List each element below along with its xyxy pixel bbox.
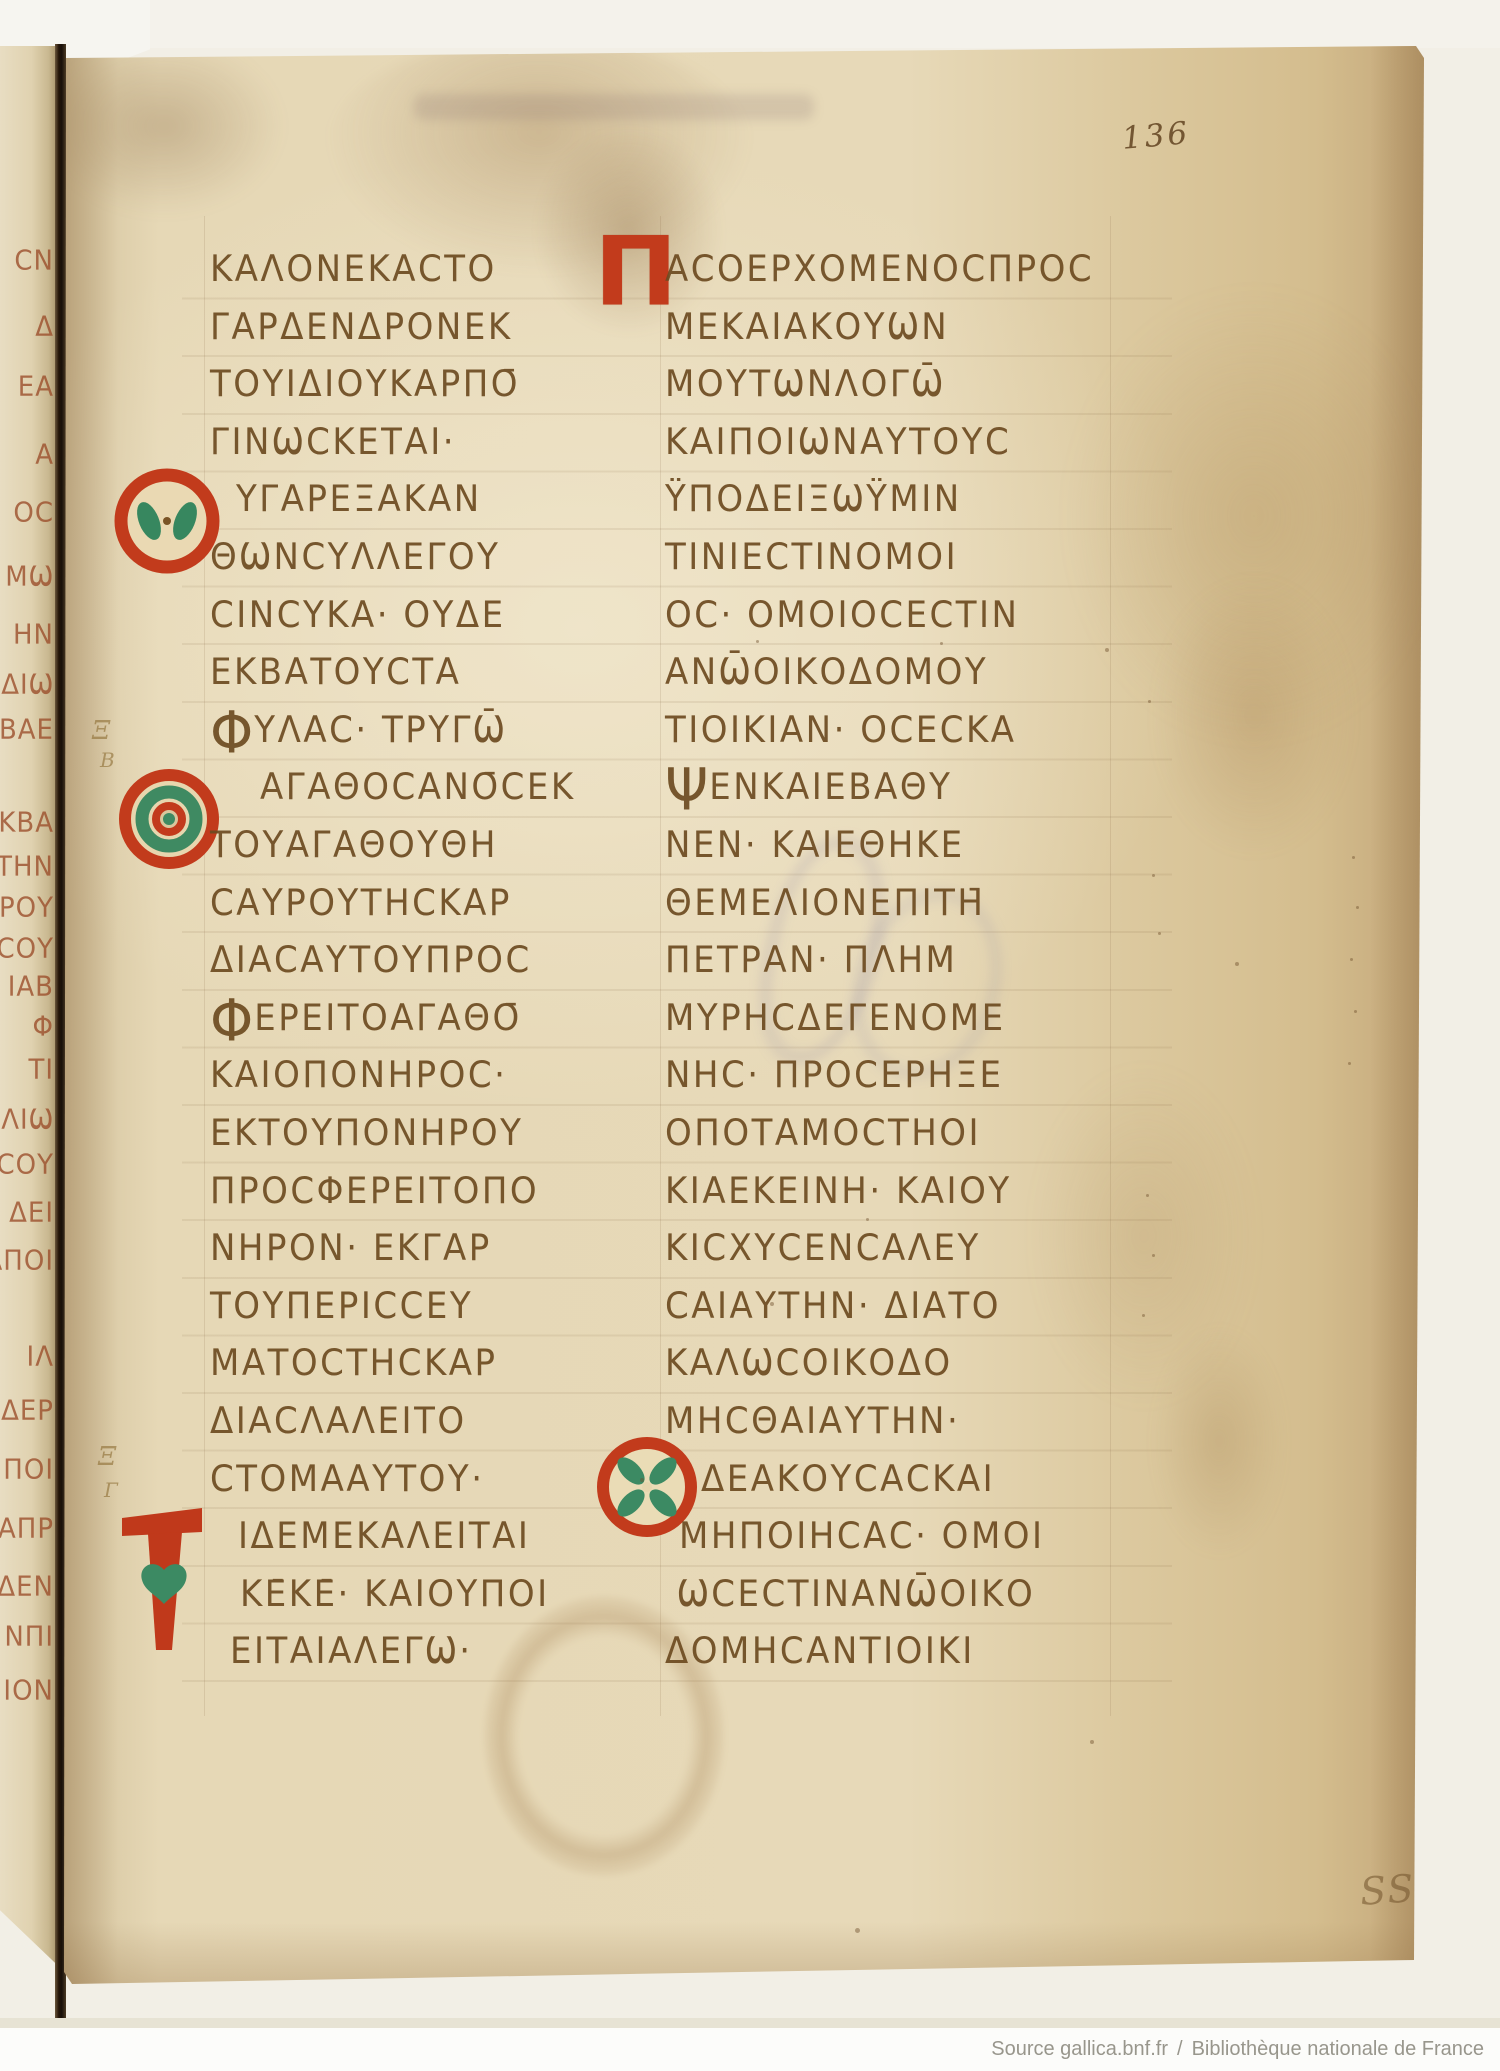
ink-speck — [756, 640, 759, 643]
margin-section-number: Ξ — [98, 1442, 116, 1472]
text-line: ΤΙΟΙΚΙΑΝ· ΟϹΕϹΚΑ — [665, 709, 1017, 751]
text-line: ΚΕ̄ΚΕ̄· ΚΑΙΟΥΠΟΙ — [240, 1573, 550, 1615]
gutter-fragment: ΝΠΙ — [4, 1621, 54, 1653]
gutter-fragment: ΙΟΝ — [3, 1675, 54, 1707]
ink-speck — [1348, 1062, 1351, 1065]
gutter-fragment: ΔΕΙ — [9, 1197, 54, 1229]
text-line: ΝΗΡΟΝ· ΕΚΓΑΡ — [210, 1227, 492, 1269]
ink-speck — [770, 1302, 774, 1306]
text-line: ΑΓΑΘΟϹΑΝΟ̄ϹΕΚ — [260, 766, 576, 808]
text-line: ΚΑΙΠΟΙѠΝΑΥΤΟΥϹ — [665, 421, 1011, 463]
edge-darkening-right — [1370, 46, 1424, 1984]
text-line: ΜΥΡΗϹΔΕΓΕΝΟΜΕ — [665, 997, 1006, 1039]
ink-speck — [1352, 856, 1355, 859]
text-line: ΔΕΑΚΟΥϹΑϹΚΑΙ — [701, 1458, 995, 1500]
footer-separator: / — [1177, 2038, 1183, 2061]
facing-page-edge: ϹΝΔΕΑΑΟϹΜѠΗΝΛΔΙѠΒΑΕΚΒΑΗΤΗΝΡΟΥϹΟΥΙΑΒΦΤΙΑΛ… — [0, 46, 57, 1996]
page: 136 SS Π ΚΑΛΟΝΕΚΑϹ — [64, 46, 1424, 1984]
text-line: ΤΟΥΑΓΑΘΟΥΘΗ — [210, 824, 498, 866]
text-line: ΦΕΡΕΙΤΟΑΓΑΘΟ̄ — [210, 997, 522, 1039]
text-line: ϹΤΟΜΑΑΥΤΟΥ· — [210, 1458, 485, 1500]
scan-background-top — [0, 0, 1500, 48]
stain — [1154, 1326, 1284, 1556]
footer-source: Source gallica.bnf.fr — [991, 2038, 1168, 2061]
gutter-fragment: ΙΑΒ — [8, 971, 54, 1003]
ink-speck — [1142, 1314, 1145, 1317]
enlarged-letter: Φ — [210, 698, 254, 766]
ink-speck — [1356, 906, 1359, 909]
text-line: ΕΙΤΑΙΑΛΕΓѠ· — [230, 1630, 473, 1672]
ink-speck — [1090, 1740, 1094, 1744]
ink-speck — [1158, 932, 1161, 935]
footer-institution: Bibliothèque nationale de France — [1192, 2038, 1484, 2061]
gutter-fragment: ϹΑΠΡ — [0, 1513, 54, 1545]
ink-speck — [1235, 962, 1239, 966]
gutter-fragment: ΕΑ — [18, 371, 54, 403]
text-line: ΟϹ· ΟΜΟΙΟϹΕϹΤΙΝ — [665, 594, 1019, 636]
ink-speck — [1146, 1194, 1149, 1197]
gutter-fragment: ΙΛ — [27, 1341, 54, 1373]
gutter-fragment: ΗΤΗΝ — [0, 851, 54, 883]
stain — [324, 36, 754, 276]
gutter-fragment: ΒΑΕ — [0, 714, 54, 746]
gutter-fragment: ΝΠΟΙ — [0, 1454, 54, 1486]
text-line: ΑΝѠ̄ΟΙΚΟΔΟΜΟΥ — [665, 651, 988, 693]
stain — [44, 36, 284, 216]
initial-tau-red — [114, 1504, 224, 1654]
text-line: ΚΑΛѠϹΟΙΚΟΔΟ — [665, 1342, 953, 1384]
gutter-fragment: ϹΟΥ — [0, 933, 54, 965]
gutter-fragment: ΥϹΟΥ — [0, 1149, 54, 1181]
ink-speck — [940, 642, 943, 645]
text-line: ϹΑΥΡΟΥΤΗϹΚΑΡ — [210, 882, 512, 924]
text-line: ΠΡΟϹΦΕΡΕΙΤΟΠΟ — [210, 1170, 539, 1212]
text-line: ΥΓΑΡΕΞΑΚΑΝ — [236, 478, 482, 520]
ink-speck — [640, 1478, 644, 1482]
text-line: ΚΙΑΕΚΕΙΝΗ· ΚΑΙΟΥ — [665, 1170, 1012, 1212]
text-line: ΕΚΒΑΤΟΥϹΤΑ — [210, 651, 461, 693]
text-line: ΠΕΤΡΑΝ· ΠΛΗΜ — [665, 939, 957, 981]
gutter-fragment: Δ — [35, 311, 54, 343]
gutter-fragment: ΡΟΥ — [0, 892, 54, 924]
ink-speck — [1152, 1254, 1155, 1257]
enlarged-letter: Ψ — [665, 756, 709, 824]
text-line: ΔΙΑϹΛΑΛΕΙΤΟ — [210, 1400, 467, 1442]
ruling-vertical-right — [1110, 216, 1111, 1716]
text-line: ΨΕΝΚΑΙΕΒΑΘΥ — [665, 766, 952, 808]
text-line: ΔΟΜΗϹΑΝΤΙΟΙΚΙ — [665, 1630, 975, 1672]
text-line: ΘΕΜΕΛΙΟΝΕΠΙΤΗ̄ — [665, 882, 985, 924]
text-line: ϹΙΝϹΥΚΑ· ΟΥΔΕ — [210, 594, 506, 636]
corner-inventory-mark: SS — [1359, 1866, 1417, 1914]
text-line: ΜΕΚΑΙΑΚΟΥѠΝ — [665, 306, 949, 348]
stain — [1154, 576, 1354, 856]
text-line: ΜΗΠΟΙΗϹΑϹ· ΟΜΟΙ — [679, 1515, 1045, 1557]
gutter-fragment: Φ — [33, 1011, 54, 1043]
text-line: ΜΑΤΟϹΤΗϹΚΑΡ — [210, 1342, 498, 1384]
gutter-fragment: ΔΕΝ — [0, 1571, 54, 1603]
ink-speck — [866, 1218, 869, 1221]
text-line: ϹΑΙΑΥΤΗΝ· ΔΙΑΤΟ — [665, 1285, 1001, 1327]
gutter-fragment: ΑΠΟΙ — [0, 1245, 54, 1277]
text-line: ΓΙΝѠϹΚΕΤΑΙ· — [210, 421, 456, 463]
gutter-fragment: Α — [35, 439, 54, 471]
text-line: ΤΙΝΙΕϹΤΙΝΟΜΟΙ — [665, 536, 958, 578]
ink-speck — [1350, 958, 1353, 961]
gutter-fragment: ΗΝ — [13, 619, 54, 651]
text-line: ΤΟΥΠΕΡΙϹϹΕΥ — [210, 1285, 473, 1327]
enlarged-letter: Φ — [210, 986, 254, 1054]
initial-omicron-target — [116, 766, 222, 872]
text-line: ΝΗϹ· ΠΡΟϹΕΡΗΞΕ — [665, 1054, 1003, 1096]
text-line: ΔΙΑϹΑΥΤΟΥΠΡΟϹ — [210, 939, 532, 981]
margin-section-number: Γ — [104, 1478, 118, 1502]
bleedthrough-band — [414, 94, 814, 120]
text-line: ΑϹΟΕΡΧΟΜΕΝΟϹΠΡΟϹ — [665, 248, 1094, 290]
ink-speck — [855, 1928, 860, 1933]
text-line: ΦΥΛΑϹ· ΤΡΥΓѠ̄ — [210, 709, 507, 751]
ink-speck — [1152, 874, 1155, 877]
text-line: ΝΕΝ· ΚΑΙΕΘΗΚΕ — [665, 824, 965, 866]
gutter-fragment: ΔΕΡ — [1, 1395, 54, 1427]
text-line: ΜΗϹΘΑΙΑΥΤΗΝ· — [665, 1400, 960, 1442]
scanned-manuscript-photo: ϹΝΔΕΑΑΟϹΜѠΗΝΛΔΙѠΒΑΕΚΒΑΗΤΗΝΡΟΥϹΟΥΙΑΒΦΤΙΑΛ… — [0, 0, 1500, 2071]
text-line: ΓΑΡΔΕΝΔΡΟΝΕΚ — [210, 306, 513, 348]
gutter-fragment: ΛΔΙѠ — [0, 669, 54, 701]
ink-speck — [1354, 1010, 1357, 1013]
text-line: ΜΟΥΤѠΝΛΟΓѠ̄ — [665, 363, 946, 405]
gutter-fragment: ΚΒΑ — [0, 807, 54, 839]
gutter-fragment: ϹΝ — [14, 245, 54, 277]
page-number: 136 — [1121, 115, 1192, 157]
edge-darkening-left — [64, 46, 118, 1984]
margin-section-number: Ξ — [92, 716, 110, 746]
text-line: ΚΑΙΟΠΟΝΗΡΟϹ· — [210, 1054, 507, 1096]
text-line: ΟΠΟΤΑΜΟϹΤΗΟΙ — [665, 1112, 981, 1154]
text-line: ΘѠΝϹΥΛΛΕΓΟΥ — [210, 536, 500, 578]
gutter-fragment: ΜѠ — [5, 561, 54, 593]
text-line: ΙΔΕΜΕΚΑΛΕΙΤΑΙ — [238, 1515, 530, 1557]
gutter-fragment: ΟϹ — [13, 497, 54, 529]
text-line: ΤΟΥΙΔΙΟΥΚΑΡΠΟ̄ — [210, 363, 520, 405]
text-line: ΚΙϹΧΥϹΕΝϹΑΛΕΥ — [665, 1227, 981, 1269]
text-line: ѠϹΕϹΤΙΝΑΝѠ̄ΟΙΚΟ — [677, 1573, 1035, 1615]
scan-bed-edge — [0, 2018, 1500, 2028]
initial-omicron-leaves — [110, 464, 224, 578]
gallica-footer: Source gallica.bnf.fr / Bibliothèque nat… — [0, 2028, 1500, 2071]
text-line: ΕΚΤΟΥΠΟΝΗΡΟΥ — [210, 1112, 523, 1154]
edge-darkening-bottom — [64, 1922, 1424, 1984]
gutter-fragment: ΑΛΛΙѠ — [0, 1104, 54, 1136]
margin-section-number: Β — [100, 748, 115, 772]
text-line: ΫΠΟΔΕΙΞѠΫΜΙΝ — [665, 478, 962, 520]
ink-speck — [1148, 700, 1151, 703]
ruling-vertical-left — [204, 216, 205, 1716]
ink-speck — [1105, 648, 1109, 652]
gutter-fragment: ΤΙ — [28, 1054, 54, 1086]
text-line: ΚΑΛΟΝΕΚΑϹΤΟ — [210, 248, 497, 290]
